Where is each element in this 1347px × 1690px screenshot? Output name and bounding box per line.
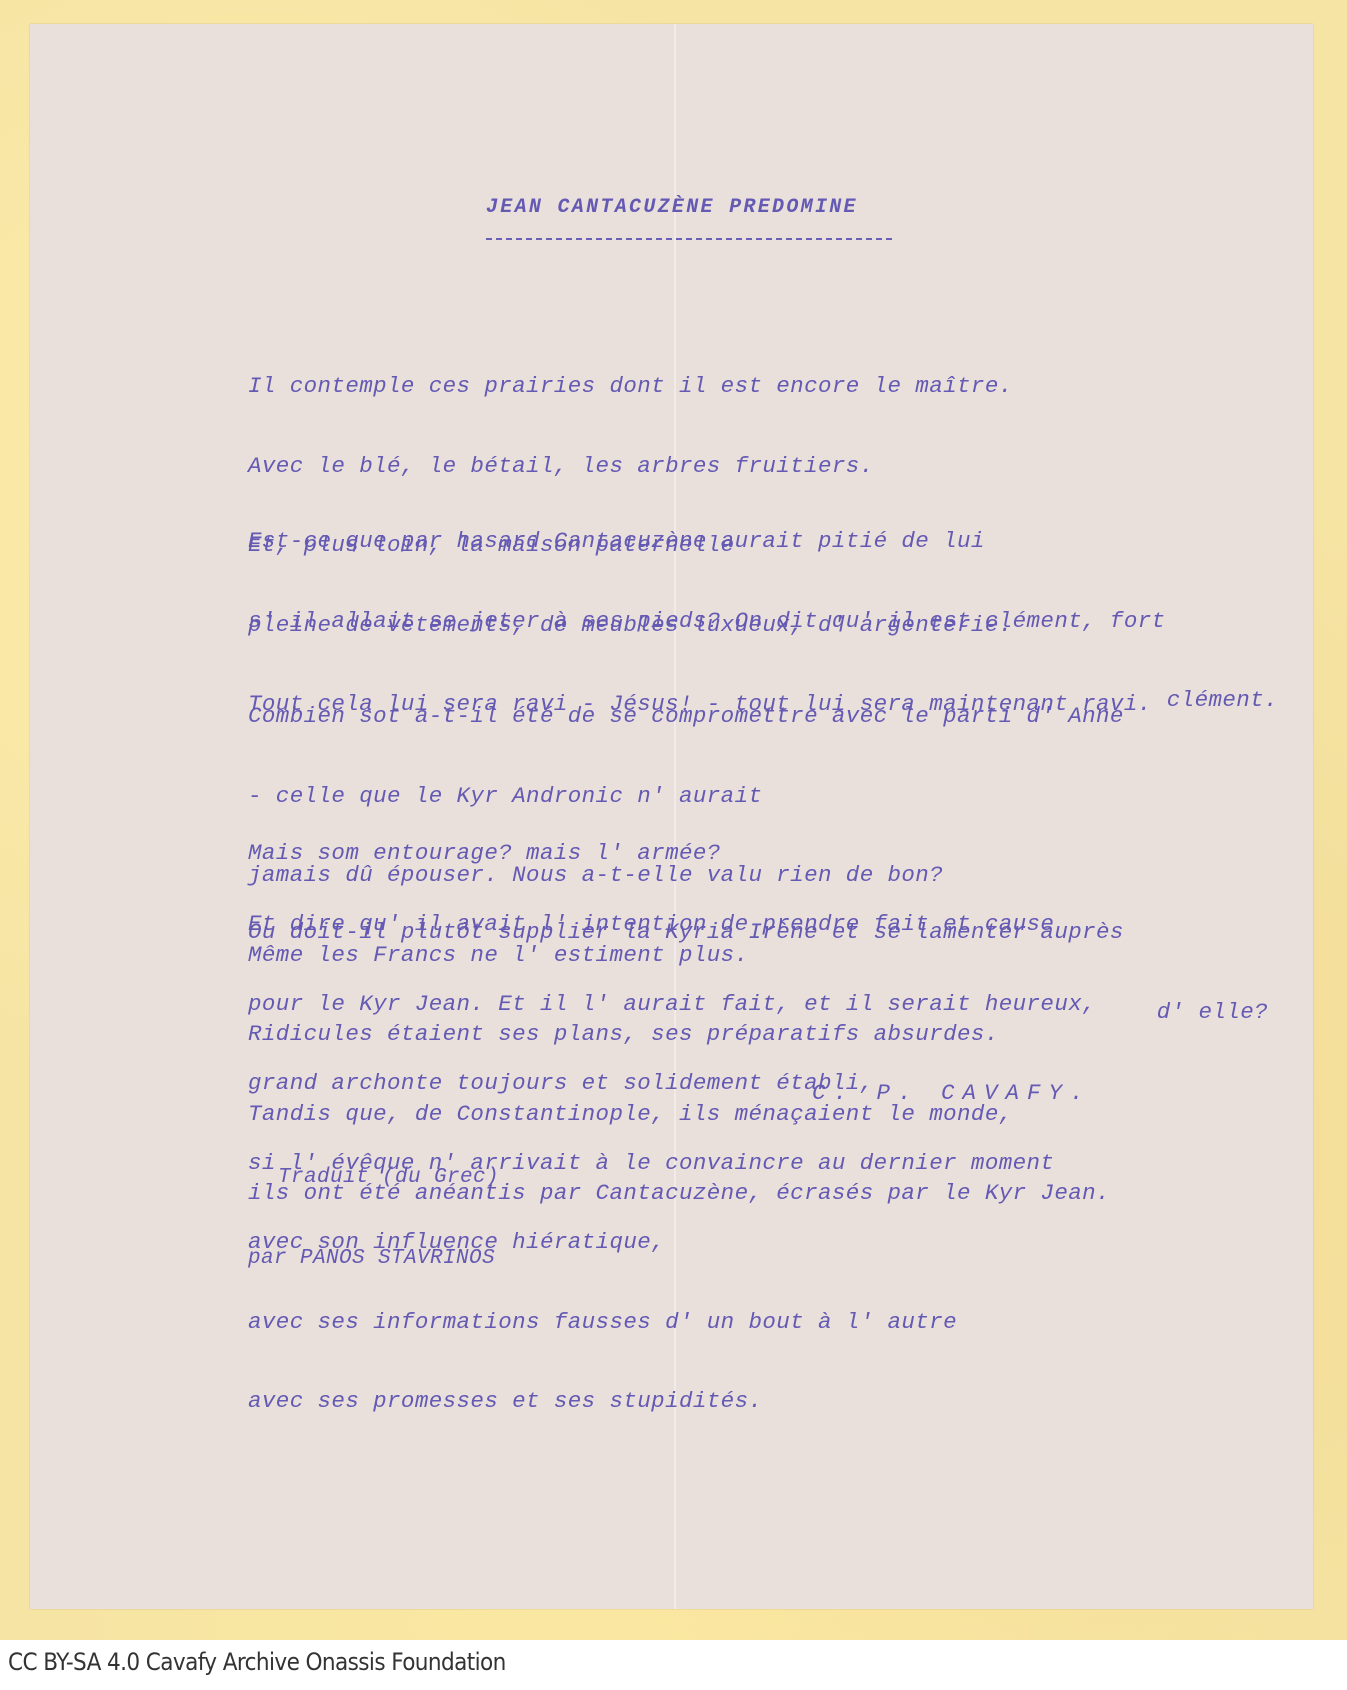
translation-credit-line-2: par PANOS STAVRINOS [248, 1245, 499, 1272]
poem-line: avec ses promesses et ses stupidités. [248, 1388, 1096, 1415]
poem-line: Est-ce que par hasard Cantacuzène aurait… [248, 528, 1308, 555]
poem-line: Il contemple ces prairies dont il est en… [248, 373, 1152, 400]
translation-credit: Traduit (du Grec) par PANOS STAVRINOS [248, 1110, 499, 1299]
license-caption: CC BY-SA 4.0 Cavafy Archive Onassis Foun… [8, 1648, 506, 1676]
translation-credit-line-1: Traduit (du Grec) [248, 1164, 499, 1191]
poem-line: Et dire qu' il avait l' intention de pre… [248, 911, 1096, 938]
author-signature: C. P. CAVAFY. [812, 1080, 1092, 1106]
title-underline [486, 238, 892, 240]
poem-title: JEAN CANTACUZÈNE PREDOMINE [486, 196, 858, 219]
poem-line: avec ses informations fausses d' un bout… [248, 1309, 1096, 1336]
poem-line: pour le Kyr Jean. Et il l' aurait fait, … [248, 991, 1096, 1018]
poem-line: s' il allait se jeter à ses pieds? On di… [248, 608, 1308, 635]
poem-line: - celle que le Kyr Andronic n' aurait [248, 783, 1124, 810]
poem-line: Combien sot a-t-il été de se compromettr… [248, 703, 1124, 730]
